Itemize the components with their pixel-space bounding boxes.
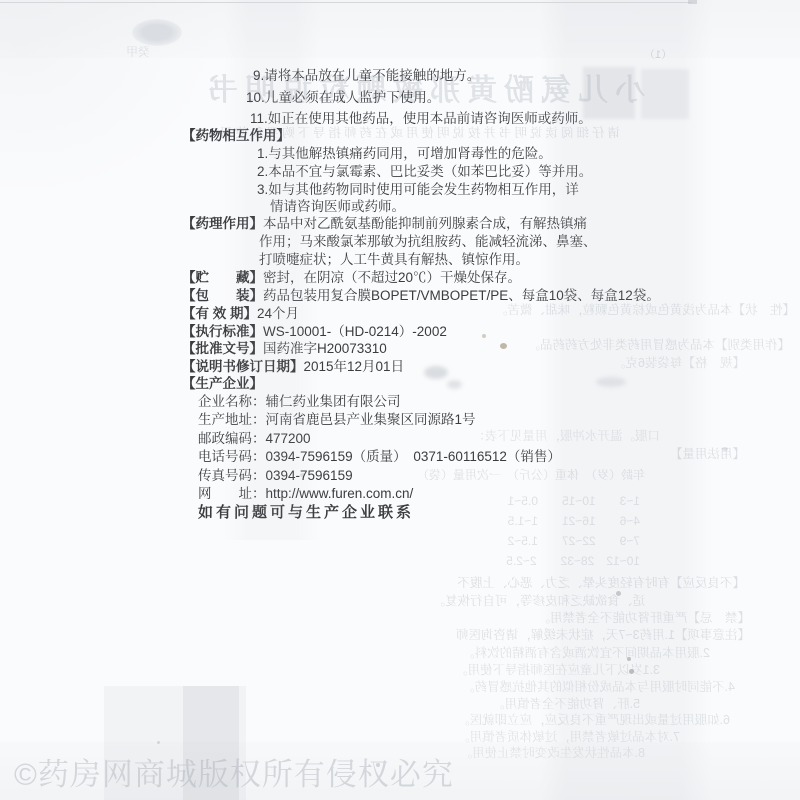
manufacturer-name-row: 企业名称：辅仁药业集团有限公司 xyxy=(198,394,401,410)
drug-interaction-item: 1.与其他解热镇痛药同用，可增加肾毒性的危险。 xyxy=(257,146,552,162)
manufacturer-fax-label: 传真号码： xyxy=(198,468,266,483)
section-drug-interactions-label: 【药物相互作用】 xyxy=(182,128,290,144)
manufacturer-phone-value: 0394-7596159（质量） 0371-60116512（销售） xyxy=(266,449,561,464)
approval-no-value: 国药准字H20073310 xyxy=(263,341,387,356)
leaflet-scan-page: 癸甲 （1） 小儿氨酚黄那敏颗粒说明书 请仔细阅读说明书并按说明使用或在药师指导… xyxy=(0,0,800,800)
pharmacology-text: 本品中对乙酰氨基酚能抑制前列腺素合成，有解热镇痛 xyxy=(263,216,587,231)
drug-interaction-item: 2.本品不宜与氯霉素、巴比妥类（如苯巴比妥）等并用。 xyxy=(257,164,592,180)
manufacturer-website-label: 网 址： xyxy=(198,486,266,501)
manufacturer-phone-label: 电话号码： xyxy=(198,449,266,464)
section-revision-date-label: 【说明书修订日期】 xyxy=(182,359,304,374)
section-manufacturer-label: 【生产企业】 xyxy=(182,376,263,392)
manufacturer-fax-row: 传真号码：0394-7596159 xyxy=(198,468,353,484)
section-shelf-life-label: 【有 效 期】 xyxy=(182,306,257,321)
section-storage: 【贮 藏】密封，在阴凉（不超过20℃）干燥处保存。 xyxy=(182,270,521,286)
manufacturer-address-value: 河南省鹿邑县产业集聚区同源路1号 xyxy=(266,412,476,427)
drug-interaction-item: 情请咨询医师或药师。 xyxy=(270,199,405,215)
shop-watermark: ©药房网商城版权所有侵权必究 xyxy=(14,749,454,794)
section-standard: 【执行标准】WS-10001-（HD-0214）-2002 xyxy=(182,324,447,340)
shelf-life-value: 24个月 xyxy=(257,306,299,321)
section-standard-label: 【执行标准】 xyxy=(182,324,263,339)
section-package: 【包 装】药品包装用复合膜BOPET/VMBOPET/PE、每盒10袋、每盒12… xyxy=(182,288,660,304)
manufacturer-fax-value: 0394-7596159 xyxy=(266,468,353,483)
manufacturer-postcode-row: 邮政编码：477200 xyxy=(198,431,311,447)
section-pharmacology-label: 【药理作用】 xyxy=(182,216,263,231)
section-pharmacology: 【药理作用】本品中对乙酰氨基酚能抑制前列腺素合成，有解热镇痛 xyxy=(182,216,587,232)
pharmacology-text: 打喷嚏症状；人工牛黄具有解热、镇惊作用。 xyxy=(259,252,529,268)
manufacturer-name-label: 企业名称： xyxy=(198,394,266,409)
section-storage-label: 【贮 藏】 xyxy=(182,270,263,285)
section-shelf-life: 【有 效 期】24个月 xyxy=(182,306,299,322)
section-approval-no-label: 【批准文号】 xyxy=(182,341,263,356)
standard-value: WS-10001-（HD-0214）-2002 xyxy=(263,324,447,339)
manufacturer-name-value: 辅仁药业集团有限公司 xyxy=(266,394,401,409)
manufacturer-address-row: 生产地址：河南省鹿邑县产业集聚区同源路1号 xyxy=(198,412,476,428)
manufacturer-website-value: http://www.furen.com.cn/ xyxy=(266,486,414,501)
contact-note: 如有问题可与生产企业联系 xyxy=(198,505,414,521)
manufacturer-address-label: 生产地址： xyxy=(198,412,266,427)
section-package-label: 【包 装】 xyxy=(182,288,263,303)
revision-date-value: 2015年12月01日 xyxy=(304,359,405,374)
leaflet-text: 9.请将本品放在儿童不能接触的地方。 10.儿童必须在成人监护下使用。 11.如… xyxy=(0,0,800,800)
package-value: 药品包装用复合膜BOPET/VMBOPET/PE、每盒10袋、每盒12袋。 xyxy=(263,288,660,303)
precaution-item: 11.如正在使用其他药品，使用本品前请咨询医师或药师。 xyxy=(250,111,592,127)
manufacturer-phone-row: 电话号码：0394-7596159（质量） 0371-60116512（销售） xyxy=(198,449,561,465)
manufacturer-website-row: 网 址：http://www.furen.com.cn/ xyxy=(198,486,413,502)
manufacturer-postcode-label: 邮政编码： xyxy=(198,431,266,446)
manufacturer-postcode-value: 477200 xyxy=(266,431,311,446)
precaution-item: 10.儿童必须在成人监护下使用。 xyxy=(246,90,440,106)
storage-value: 密封，在阴凉（不超过20℃）干燥处保存。 xyxy=(263,270,521,285)
section-revision-date: 【说明书修订日期】2015年12月01日 xyxy=(182,359,404,375)
precaution-item: 9.请将本品放在儿童不能接触的地方。 xyxy=(253,68,480,84)
pharmacology-text: 作用；马来酸氯苯那敏为抗组胺药、能减轻流涕、鼻塞、 xyxy=(259,234,597,250)
drug-interaction-item: 3.如与其他药物同时使用可能会发生药物相互作用，详 xyxy=(257,182,579,198)
section-approval-no: 【批准文号】国药准字H20073310 xyxy=(182,341,387,357)
